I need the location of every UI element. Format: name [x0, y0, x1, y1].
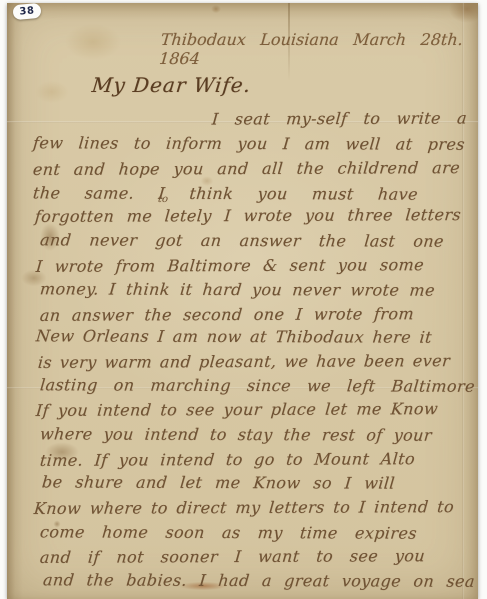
letter-salutation: My Dear Wife. — [91, 73, 253, 97]
letter-dateline: Thibodaux Louisiana March 28th. 1864 — [158, 30, 463, 68]
catalog-number-sticker: 38 — [12, 3, 41, 20]
letter-line: Know where to direct my letters to I int… — [33, 496, 455, 519]
letter-line: If you intend to see your place let me K… — [35, 398, 439, 421]
letter-line: New Orleans I am now at Thibodaux here i… — [35, 325, 433, 347]
letter-paper: 38 Thibodaux Louisiana March 28th. 1864 … — [7, 3, 478, 599]
letter-line: time. If you intend to go to Mount Alto — [39, 448, 416, 471]
letter-line: come home soon as my time expires — [39, 521, 418, 543]
letter-line: I wrote from Baltimore & sent you some — [35, 254, 425, 277]
letter-line: and never got an answer the last one — [39, 229, 445, 251]
letter-line: and if not sooner I want to see you — [39, 545, 426, 568]
letter-line: be shure and let me Know so I will — [41, 471, 396, 493]
fold-crease-vertical-right — [462, 3, 464, 599]
letter-line: and the babies. I had a great voyage on … — [42, 569, 476, 592]
letter-line: money. I think it hard you never wrote m… — [39, 278, 436, 300]
letter-line: ent and hope you and all the childrend a… — [32, 157, 461, 180]
letter-line: I seat my-self to write a — [211, 107, 468, 129]
letter-line: lasting on marching since we left Baltim… — [39, 374, 476, 397]
letter-line: forgotten me letely I wrote you three le… — [34, 204, 462, 227]
letter-line: the same. I think you must have — [32, 182, 419, 204]
letter-scan: 38 Thibodaux Louisiana March 28th. 1864 … — [0, 0, 487, 599]
letter-line: where you intend to stay the rest of you… — [39, 423, 433, 445]
letter-line: an answer the second one I wrote from — [39, 303, 415, 326]
letter-line: is very warm and pleasant, we have been … — [37, 350, 451, 373]
letter-line: few lines to inform you I am well at pre… — [32, 132, 466, 155]
catalog-number: 38 — [19, 5, 35, 17]
